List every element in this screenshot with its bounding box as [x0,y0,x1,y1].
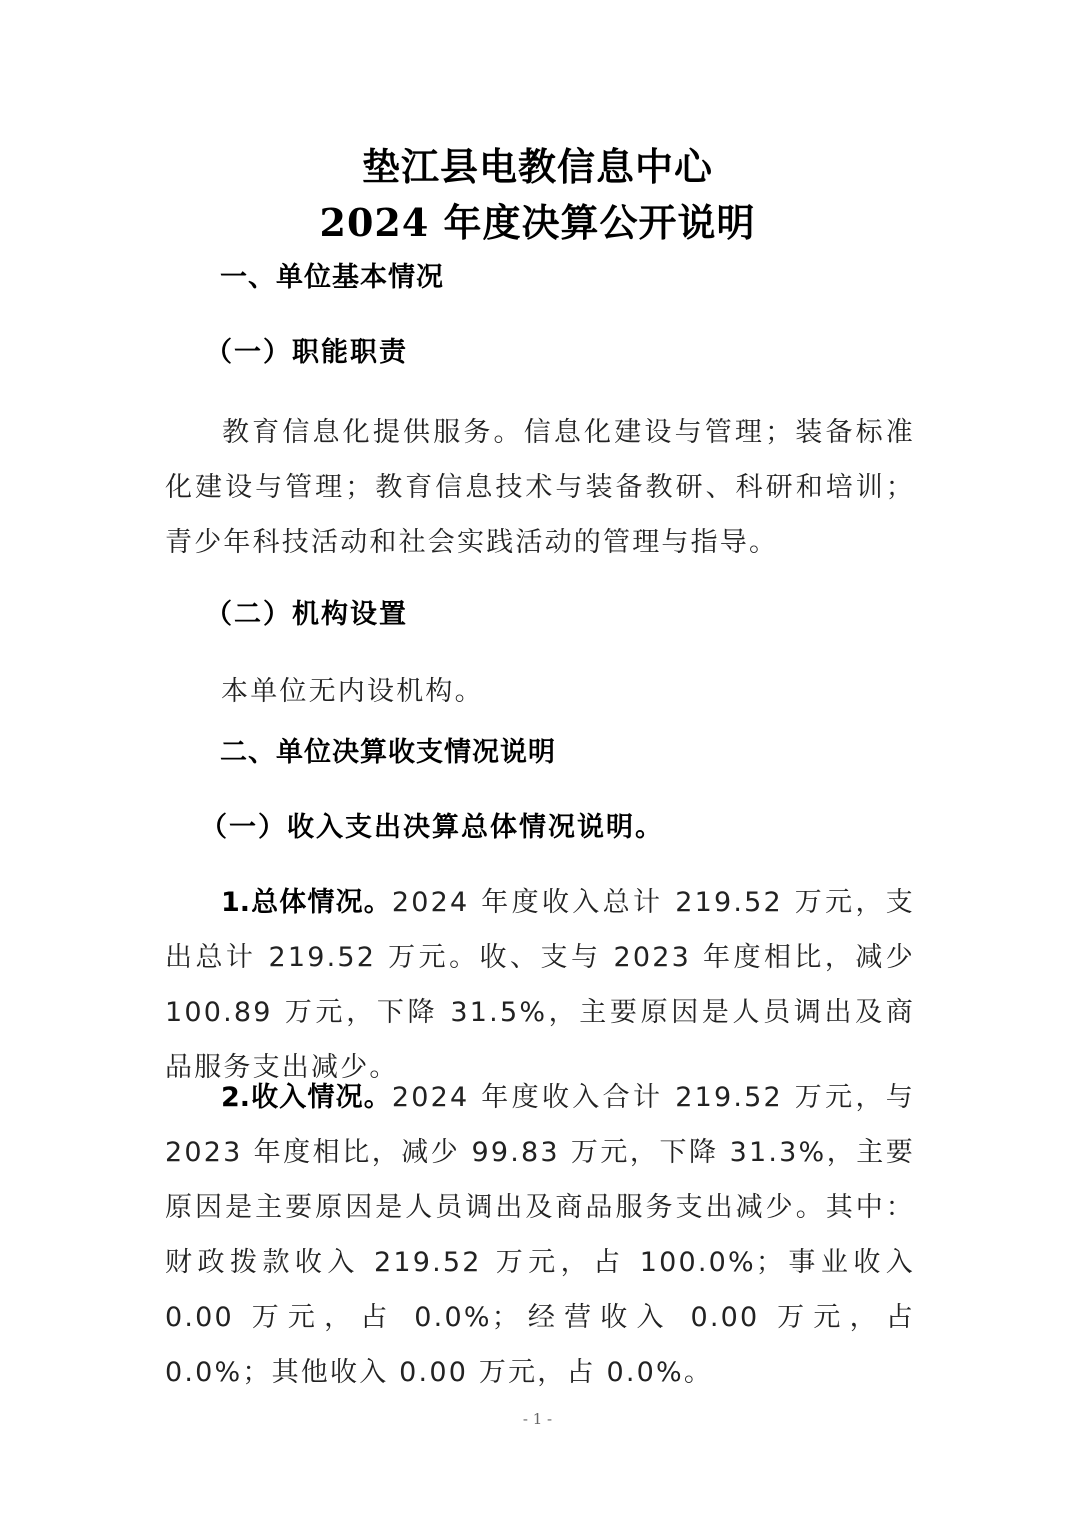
document-page: 垫江县电教信息中心 2024 年度决算公开说明 一、单位基本情况 （一）职能职责… [0,0,1075,1520]
subsection-heading-organization: （二）机构设置 [205,592,408,631]
paragraph-functions-text: 教育信息化提供服务。信息化建设与管理；装备标准化建设与管理；教育信息技术与装备教… [165,417,915,558]
paragraph-organization-text: 本单位无内设机构。 [221,676,484,707]
subsection-heading-functions: （一）职能职责 [205,330,408,369]
section-heading-basic-info: 一、单位基本情况 [220,255,444,294]
page-number: - 1 - [0,1410,1075,1428]
paragraph-overall-situation: 1.总体情况。2024 年度收入总计 219.52 万元，支出总计 219.52… [165,875,915,1095]
paragraph-income-lead: 2.收入情况。 [221,1082,392,1113]
section-heading-budget-explanation: 二、单位决算收支情况说明 [220,730,556,769]
document-title-line2: 2024 年度决算公开说明 [0,192,1075,247]
paragraph-overall-lead: 1.总体情况。 [221,887,392,918]
paragraph-functions: 教育信息化提供服务。信息化建设与管理；装备标准化建设与管理；教育信息技术与装备教… [165,405,915,570]
paragraph-income-situation: 2.收入情况。2024 年度收入合计 219.52 万元，与 2023 年度相比… [165,1070,915,1400]
subsection-heading-overall: （一）收入支出决算总体情况说明。 [200,805,664,844]
paragraph-income-text: 2024 年度收入合计 219.52 万元，与 2023 年度相比，减少 99.… [165,1082,915,1388]
paragraph-organization: 本单位无内设机构。 [165,664,915,719]
document-title-line1: 垫江县电教信息中心 [0,136,1075,191]
